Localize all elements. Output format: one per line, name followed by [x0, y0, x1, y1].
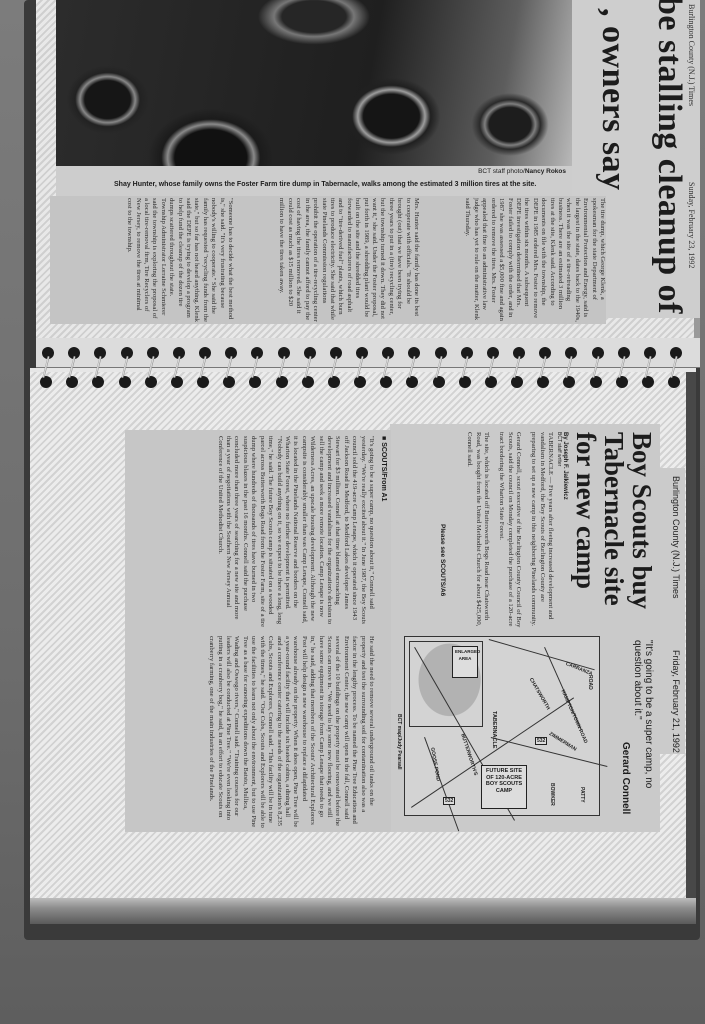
map-label-road-1: ROAD: [587, 675, 593, 690]
byline-title: BCT staff writer: [556, 432, 562, 466]
pull-quote-attribution: Gerard Connell: [620, 742, 631, 814]
bottom-headline-line1: Boy Scouts buy: [628, 432, 656, 609]
lead-paragraph-3: The site, which is located off Butterswo…: [465, 432, 490, 628]
top-story-column-3: "Someone has to decide what the best met…: [125, 198, 234, 322]
map-label-chatsworth: CHATSWORTH: [528, 677, 551, 711]
map-label-patty: PATTY: [579, 787, 585, 803]
top-story-column-2: Mrs. Hunter said the family has done its…: [277, 198, 420, 322]
continued-header: ■ SCOUTS/From A1: [380, 436, 387, 501]
photo-credit: BCT staff photo/Nancy Rokos: [478, 168, 566, 175]
top-story-column-1: The tire dump, which George Klenk, a spo…: [463, 198, 606, 322]
bottom-headline-line3: for new camp: [572, 432, 600, 589]
page-top-binding-margin: [36, 338, 700, 368]
bottom-article-continued: ■ SCOUTS/From A1 "It's going to be a sup…: [125, 430, 391, 832]
map-label-bowker: BOWKER: [549, 783, 555, 806]
lead-paragraph-2: Gerard Connell, scout executive of the B…: [497, 432, 522, 628]
jump-line: Please see SCOUTS/A6: [439, 524, 446, 596]
bottom-headline-line2: Tabernacle site: [600, 432, 628, 606]
map-label-zimmerman: ZIMMERMAN: [548, 731, 578, 753]
map-inset-enlarged-area: ENLARGED AREA: [409, 641, 483, 727]
top-masthead: Burlington County (N.J.) Times: [687, 4, 696, 106]
top-date: Sunday, February 23, 1992: [687, 182, 696, 268]
pull-quote: "It's going to be a super camp, no quest…: [632, 640, 654, 820]
lead-paragraph-1: TABERNACLE — Five years after fleeing in…: [529, 432, 554, 628]
photo-caption: Shay Hunter, whose family owns the Foste…: [114, 181, 536, 188]
route-532-badge-2: 532: [443, 797, 455, 805]
bottom-masthead: Burlington County (N.J.) Times: [671, 476, 681, 599]
tire-dump-photo: [56, 0, 572, 166]
inset-label: ENLARGED AREA: [452, 646, 478, 678]
continued-column-2: He said the need to remove several under…: [207, 636, 375, 828]
byline: By Joseph F. Jalkiewicz: [562, 432, 568, 500]
route-532-badge-1: 532: [535, 737, 547, 745]
map-credit: BCT map/Judy Pearsall: [396, 714, 402, 770]
bottom-date: Friday, February 21, 1992: [671, 650, 681, 753]
top-story-body: The tire dump, which George Klenk, a spo…: [50, 196, 606, 324]
location-map: ENLARGED AREA TABERNACLE CARRANZA ROAD C…: [404, 636, 600, 816]
photo-caption-strip: BCT staff photo/Nancy Rokos Shay Hunter,…: [56, 166, 572, 196]
continued-column-1: "It's going to be a super camp, no quest…: [215, 436, 375, 628]
top-headline-line1: be stalling cleanup of: [650, 0, 688, 314]
page-stack-edge: [30, 898, 696, 924]
map-label-goose-pond: GOOSE POND: [429, 747, 441, 782]
future-camp-site-callout: FUTURE SITE OF 120-ACRE BOY SCOUTS CAMP: [481, 765, 527, 809]
bottom-article-front: Boy Scouts buy Tabernacle site for new c…: [390, 424, 660, 832]
map-label-tabernacle: TABERNACLE: [491, 711, 497, 748]
top-headline-line2: , owners say: [594, 8, 632, 191]
